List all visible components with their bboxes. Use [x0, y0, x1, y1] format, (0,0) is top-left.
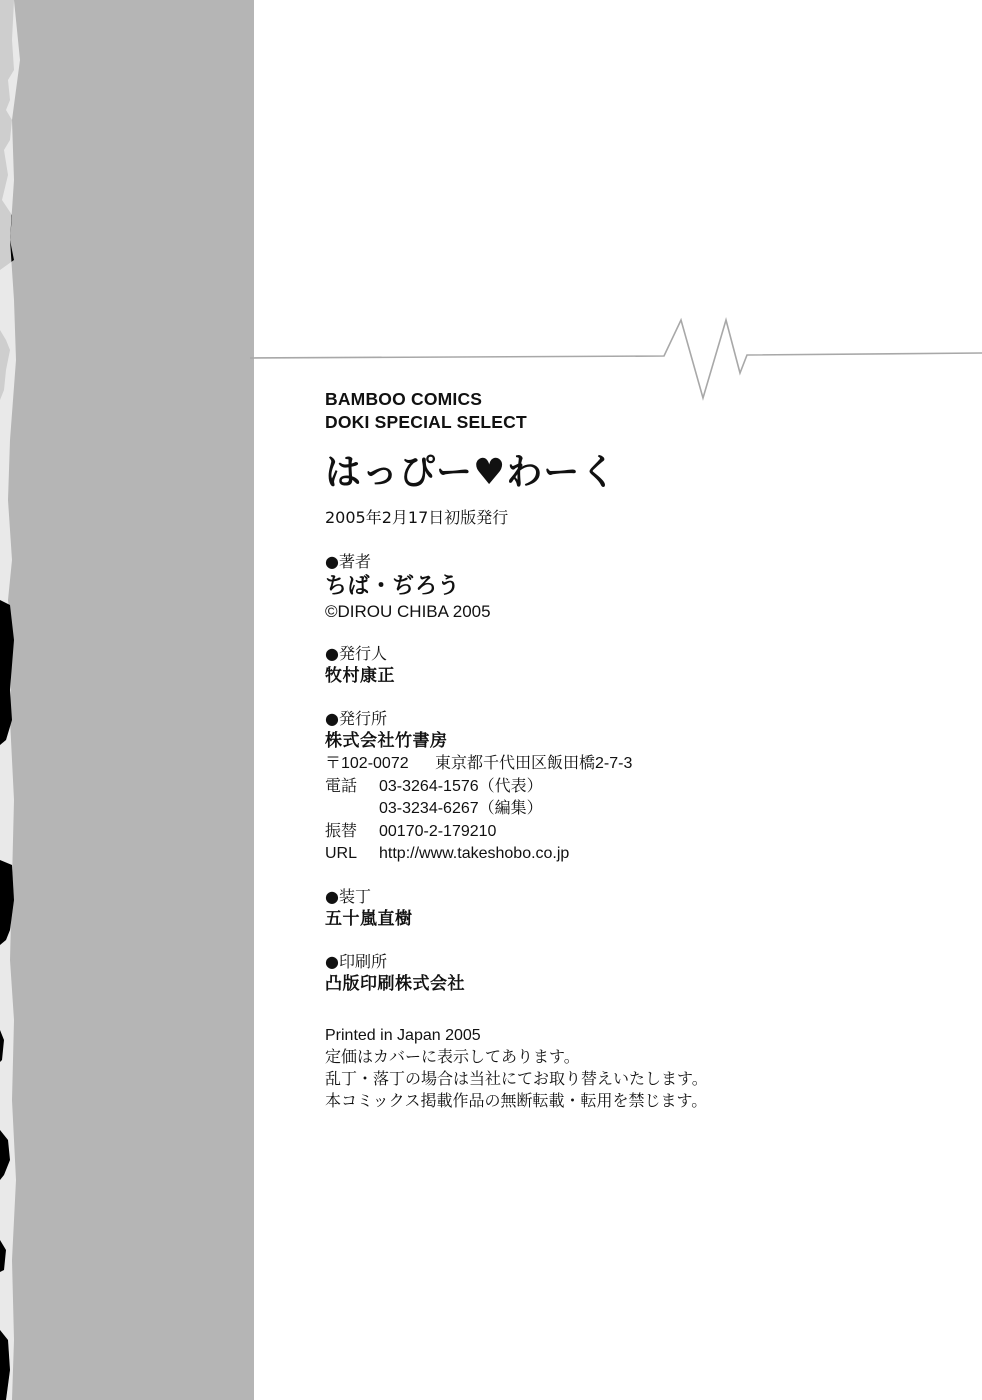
publisher-section: ●発行所 株式会社竹書房 〒102-0072 東京都千代田区飯田橋2-7-3 電… [325, 708, 965, 866]
series-line: BAMBOO COMICS [325, 388, 965, 411]
transfer-account-row: 振替 00170-2-179210 [325, 821, 965, 844]
price-note: 定価はカバーに表示してあります。 [325, 1047, 965, 1069]
release-date: 2005年2月17日初版発行 [325, 507, 965, 529]
printer-label: ●印刷所 [325, 951, 965, 973]
printer-section: ●印刷所 凸版印刷株式会社 [325, 951, 965, 996]
info-value: 03-3264-1576（代表） [379, 776, 543, 799]
publisher-name: 株式会社竹書房 [325, 730, 965, 753]
book-title: はっぴー♥わーく [325, 451, 965, 495]
info-value: 00170-2-179210 [379, 821, 496, 844]
design-section: ●装丁 五十嵐直樹 [325, 886, 965, 931]
issuer-label: ●発行人 [325, 643, 965, 665]
series-name: BAMBOO COMICS DOKI SPECIAL SELECT [325, 388, 965, 434]
postal-code: 〒102-0072 [325, 753, 435, 776]
info-key [325, 798, 379, 821]
legal-notes: Printed in Japan 2005 定価はカバーに表示してあります。 乱… [325, 1025, 965, 1113]
info-key: 電話 [325, 776, 379, 799]
info-value: 03-3234-6267（編集） [379, 798, 543, 821]
publisher-address: 〒102-0072 東京都千代田区飯田橋2-7-3 [325, 753, 965, 776]
series-line: DOKI SPECIAL SELECT [325, 411, 965, 434]
printer-name: 凸版印刷株式会社 [325, 973, 965, 996]
publisher-label: ●発行所 [325, 708, 965, 730]
issuer-name: 牧村康正 [325, 665, 965, 688]
misprint-note: 乱丁・落丁の場合は当社にてお取り替えいたします。 [325, 1069, 965, 1091]
copyright-notice: ©DIROU CHIBA 2005 [325, 601, 965, 623]
info-key: 振替 [325, 821, 379, 844]
street-address: 東京都千代田区飯田橋2-7-3 [435, 753, 632, 776]
printed-in-note: Printed in Japan 2005 [325, 1025, 965, 1047]
info-key: URL [325, 843, 379, 866]
url-row: URL http://www.takeshobo.co.jp [325, 843, 965, 866]
reproduction-note: 本コミックス掲載作品の無断転載・転用を禁じます。 [325, 1091, 965, 1113]
torn-paper-edge [0, 0, 40, 1400]
author-name: ちば・ぢろう [325, 573, 965, 601]
author-section: ●著者 ちば・ぢろう ©DIROU CHIBA 2005 [325, 551, 965, 623]
phone-editorial-row: 03-3234-6267（編集） [325, 798, 965, 821]
colophon: BAMBOO COMICS DOKI SPECIAL SELECT はっぴー♥わ… [325, 388, 965, 1113]
issuer-section: ●発行人 牧村康正 [325, 643, 965, 688]
designer-name: 五十嵐直樹 [325, 908, 965, 931]
publisher-url: http://www.takeshobo.co.jp [379, 843, 569, 866]
author-label: ●著者 [325, 551, 965, 573]
design-label: ●装丁 [325, 886, 965, 908]
phone-main-row: 電話 03-3264-1576（代表） [325, 776, 965, 799]
